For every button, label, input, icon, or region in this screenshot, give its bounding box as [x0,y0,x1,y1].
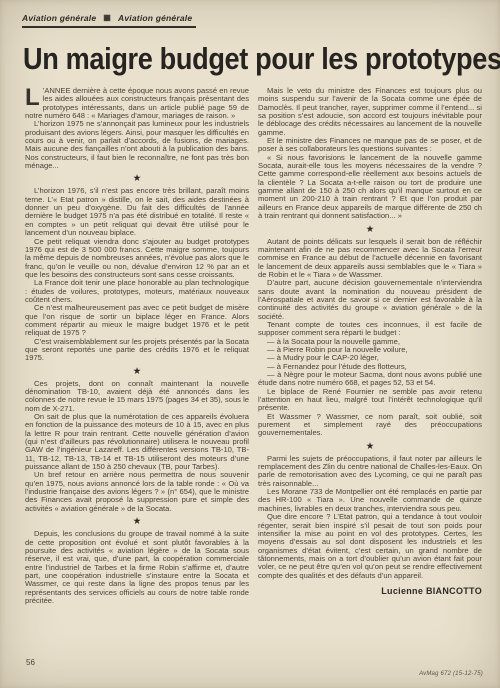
paragraph: « Si nous favorisions le lancement de la… [258,154,482,221]
article-body: L’ANNEE dernière à cette époque nous avo… [25,87,482,605]
section-tag-right: Aviation générale [118,13,192,23]
paragraph: Ce petit reliquat viendra donc s’ajouter… [25,238,249,280]
right-column: Mais le veto du ministre des Finances es… [258,87,482,605]
left-column: L’ANNEE dernière à cette époque nous avo… [25,87,249,605]
paragraph: La France doit tenir une place honorable… [25,279,249,304]
paragraph: Le biplace de René Fournier ne semble pa… [258,388,482,413]
star-divider-icon: ★ [258,223,482,236]
paragraph: L’horizon 1975 ne s’annonçait pas lumine… [25,120,249,170]
dropcap-letter: L [25,87,43,108]
section-tag-left: Aviation générale [22,13,96,23]
paragraph: Un bref retour en arrière nous permettra… [25,471,249,513]
section-header: Aviation générale ▦ Aviation générale [22,13,196,28]
paragraph: Ces projets, dont on connaît maintenant … [25,380,249,413]
paragraph: Et le ministre des Finances ne manque pa… [258,137,482,154]
paragraph: D’autre part, aucune décision gouverneme… [258,279,482,321]
paragraph: On sait de plus que la numérotation de c… [25,413,249,471]
paragraph: Autant de points délicats sur lesquels i… [258,238,482,280]
star-divider-icon: ★ [25,172,249,185]
paragraph: Mais le veto du ministre des Finances es… [258,87,482,137]
article-title: Un maigre budget pour les prototypes [23,41,500,77]
section-grid-icon: ▦ [103,14,111,22]
paragraph: L’ANNEE dernière à cette époque nous avo… [25,87,249,120]
star-divider-icon: ★ [258,440,482,453]
paragraph: Parmi les sujets de préoccupations, il f… [258,455,482,488]
paragraph: Depuis, les conclusions du groupe de tra… [25,530,249,605]
paragraph: Ce n’est malheureusement pas avec ce pet… [25,304,249,337]
issue-reference: AvMag 672 (15-12-75) [419,671,483,677]
magazine-page: Aviation générale ▦ Aviation générale Un… [0,0,500,688]
page-number: 56 [26,658,35,667]
paragraph: Et Wassmer ? Wassmer, ce nom paraît, soi… [258,413,482,438]
paragraph-text: ’ANNEE dernière à cette époque nous avon… [25,86,249,120]
paragraph: Que dire encore ? L’Etat patron, qui a t… [258,513,482,580]
paragraph: L’horizon 1976, s’il n’est pas encore tr… [25,187,249,237]
paragraph: C’est vraisemblablement sur les projets … [25,338,249,363]
star-divider-icon: ★ [25,365,249,378]
paragraph: Les Morane 733 de Montpellier ont été re… [258,488,482,513]
star-divider-icon: ★ [25,515,249,528]
budget-list-item: — à Nègre pour le moteur Sacma, dont nou… [258,371,482,388]
paragraph: Tenant compte de toutes ces inconnues, i… [258,321,482,338]
author-byline: Lucienne BIANCOTTO [258,587,482,595]
